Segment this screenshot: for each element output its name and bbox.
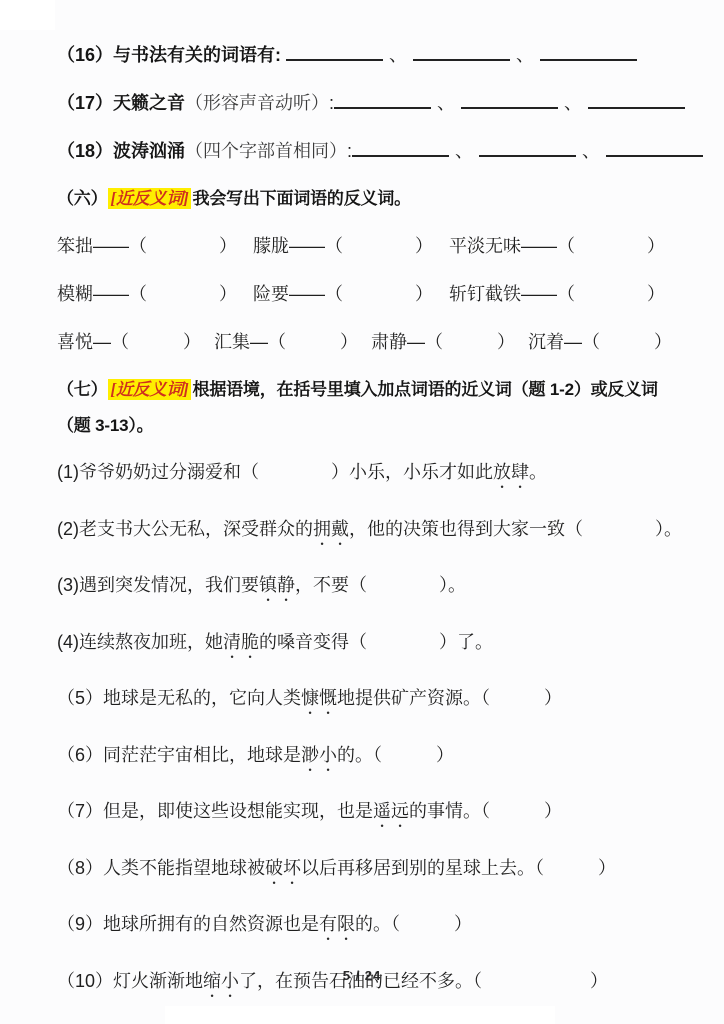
antonym-pair: 朦胧——（ ） — [253, 235, 433, 258]
answer-blank — [413, 46, 510, 61]
answer-blank — [606, 142, 703, 157]
antonym-pair: 沉着—（ ） — [528, 331, 672, 354]
section-6-number: （六） — [57, 189, 107, 208]
answer-blank — [479, 142, 576, 157]
question-text: （8）人类不能指望地球被 — [57, 858, 265, 878]
line-16-label: （16）与书法有关的词语有: — [57, 45, 286, 65]
answer-blank — [334, 94, 431, 109]
enumeration-comma: 、 — [389, 45, 407, 65]
question-text: ，他的决策也得到大家一致（ ）。 — [349, 519, 682, 539]
question-2: (2)老支书大公无私，深受群众的拥戴，他的决策也得到大家一致（ ）。 — [57, 518, 677, 549]
question-text: （9）地球所拥有的自然资源也是 — [57, 914, 319, 934]
question-7: （7）但是，即使这些设想能实现，也是遥远的事情。（ ） — [57, 800, 677, 831]
emphasized-word: 镇静 — [259, 575, 295, 595]
enumeration-comma: 、 — [564, 93, 582, 113]
section-7-title-part-1: 根据语境，在括号里填入加点词语的近义词（题 1-2）或反义词 — [193, 380, 658, 399]
next-page-edge — [165, 1006, 555, 1024]
antonym-pair: 汇集—（ ） — [214, 331, 358, 354]
antonym-pair: 肃静—（ ） — [371, 331, 515, 354]
section-7-title-part-2: （题 3-13）。 — [57, 416, 153, 435]
enumeration-comma: 、 — [582, 141, 600, 161]
antonym-pair: 险要——（ ） — [253, 283, 433, 306]
antonym-row-2: 模糊——（ ） 险要——（ ） 斩钉截铁——（ ） — [57, 283, 677, 306]
antonym-pair: 模糊——（ ） — [57, 283, 237, 306]
line-18-label: （18）波涛汹涌 — [57, 141, 185, 161]
question-text: 的事情。（ ） — [409, 801, 562, 821]
enumeration-comma: 、 — [437, 93, 455, 113]
question-text: (1)爷爷奶奶过分溺爱和（ ）小乐，小乐才如此 — [57, 462, 493, 482]
enumeration-comma: 、 — [516, 45, 534, 65]
question-text: 地提供矿产资源。（ ） — [337, 688, 562, 708]
enumeration-comma: 、 — [455, 141, 473, 161]
question-text: ，不要（ ）。 — [295, 575, 466, 595]
question-text: (4)连续熬夜加班，她 — [57, 632, 223, 652]
question-4: (4)连续熬夜加班，她清脆的嗓音变得（ ）了。 — [57, 631, 677, 662]
worksheet-content: （16）与书法有关的词语有: 、、 （17）天籁之音（形容声音动听）:、、 （1… — [57, 44, 677, 1024]
section-7-header-line-2: （题 3-13）。 — [57, 415, 677, 436]
section-7-number: （七） — [57, 380, 107, 399]
emphasized-word: 慷慨 — [301, 688, 337, 708]
line-18-note: （四个字部首相同） — [185, 141, 347, 161]
answer-blank — [461, 94, 558, 109]
question-3: (3)遇到突发情况，我们要镇静，不要（ ）。 — [57, 574, 677, 605]
question-text: 。 — [529, 462, 547, 482]
emphasized-word: 有限 — [319, 914, 355, 934]
line-17-label: （17）天籁之音 — [57, 93, 185, 113]
question-text: 以后再移居到别的星球上去。（ ） — [301, 858, 616, 878]
question-text: 的。（ ） — [355, 914, 472, 934]
section-6-header: （六）[近反义词]我会写出下面词语的反义词。 — [57, 188, 677, 209]
answer-blank — [286, 46, 383, 61]
topic-badge: [近反义词] — [108, 379, 190, 400]
fill-blank-line-18: （18）波涛汹涌（四个字部首相同）:、、 — [57, 140, 677, 163]
antonym-row-1: 笨拙——（ ） 朦胧——（ ） 平淡无味——（ ） — [57, 235, 677, 258]
question-text: (3)遇到突发情况，我们要 — [57, 575, 259, 595]
emphasized-word: 遥远 — [373, 801, 409, 821]
antonym-pair: 平淡无味——（ ） — [449, 235, 665, 258]
fill-blank-line-17: （17）天籁之音（形容声音动听）:、、 — [57, 92, 677, 115]
question-text: 的。（ ） — [337, 745, 454, 765]
question-1: (1)爷爷奶奶过分溺爱和（ ）小乐，小乐才如此放肆。 — [57, 461, 677, 492]
question-text: （5）地球是无私的，它向人类 — [57, 688, 301, 708]
emphasized-word: 放肆 — [493, 462, 529, 482]
antonym-pair: 喜悦—（ ） — [57, 331, 201, 354]
section-6-title: 我会写出下面词语的反义词。 — [193, 189, 411, 208]
antonym-pair: 斩钉截铁——（ ） — [449, 283, 665, 306]
emphasized-word: 渺小 — [301, 745, 337, 765]
question-text: 的嗓音变得（ ）了。 — [259, 632, 493, 652]
emphasized-word: 破坏 — [265, 858, 301, 878]
answer-blank — [352, 142, 449, 157]
question-9: （9）地球所拥有的自然资源也是有限的。（ ） — [57, 913, 677, 944]
question-text: （6）同茫茫宇宙相比，地球是 — [57, 745, 301, 765]
question-6: （6）同茫茫宇宙相比，地球是渺小的。（ ） — [57, 744, 677, 775]
question-5: （5）地球是无私的，它向人类慷慨地提供矿产资源。（ ） — [57, 687, 677, 718]
emphasized-word: 拥戴 — [313, 519, 349, 539]
worksheet-page: （16）与书法有关的词语有: 、、 （17）天籁之音（形容声音动听）:、、 （1… — [0, 0, 724, 1024]
topic-badge: [近反义词] — [108, 188, 190, 209]
page-corner-artifact — [0, 0, 55, 30]
fill-blank-line-16: （16）与书法有关的词语有: 、、 — [57, 44, 677, 67]
answer-blank — [540, 46, 637, 61]
section-7-header-line-1: （七）[近反义词]根据语境，在括号里填入加点词语的近义词（题 1-2）或反义词 — [57, 379, 677, 400]
page-number: 5 / 24 — [0, 968, 724, 983]
antonym-row-3: 喜悦—（ ） 汇集—（ ） 肃静—（ ） 沉着—（ ） — [57, 331, 677, 354]
emphasized-word: 清脆 — [223, 632, 259, 652]
question-text: (2)老支书大公无私，深受群众的 — [57, 519, 313, 539]
line-17-note: （形容声音动听） — [185, 93, 329, 113]
question-8: （8）人类不能指望地球被破坏以后再移居到别的星球上去。（ ） — [57, 857, 677, 888]
question-text: （7）但是，即使这些设想能实现，也是 — [57, 801, 373, 821]
antonym-pair: 笨拙——（ ） — [57, 235, 237, 258]
answer-blank — [588, 94, 685, 109]
